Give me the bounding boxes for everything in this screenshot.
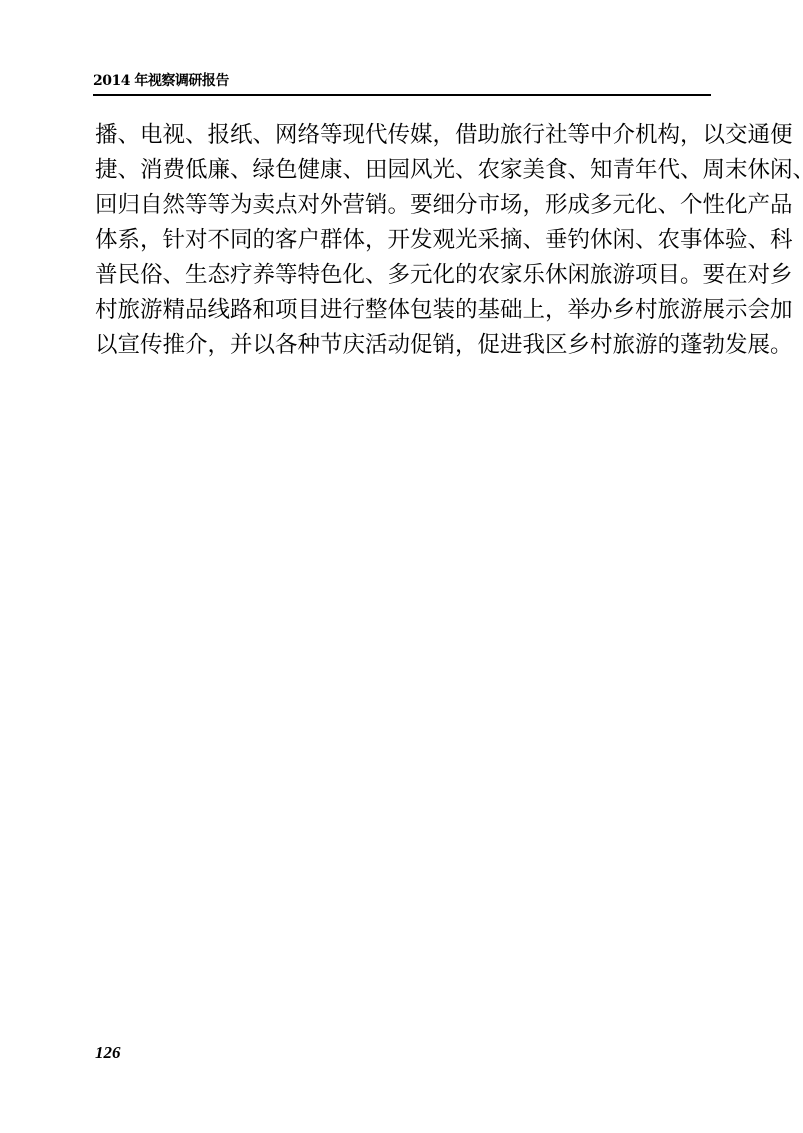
page-number: 126 — [95, 1043, 121, 1063]
running-header: 2014 年视察调研报告 — [93, 68, 711, 96]
text-line-5: 普民俗、生态疗养等特色化、多元化的农家乐休闲旅游项目。要在对乡 — [95, 258, 709, 293]
text-line-6: 村旅游精品线路和项目进行整体包装的基础上，举办乡村旅游展示会加 — [95, 293, 709, 328]
text-line-3: 回归自然等等为卖点对外营销。要细分市场，形成多元化、个性化产品 — [95, 188, 709, 223]
text-line-2: 捷、消费低廉、绿色健康、田园风光、农家美食、知青年代、周末休闲、 — [95, 153, 709, 188]
body-paragraph: 播、电视、报纸、网络等现代传媒，借助旅行社等中介机构，以交通便 捷、消费低廉、绿… — [95, 118, 709, 363]
text-line-7: 以宣传推介，并以各种节庆活动促销，促进我区乡村旅游的蓬勃发展。 — [95, 328, 709, 363]
text-line-4: 体系，针对不同的客户群体，开发观光采摘、垂钓休闲、农事体验、科 — [95, 223, 709, 258]
text-line-1: 播、电视、报纸、网络等现代传媒，借助旅行社等中介机构，以交通便 — [95, 118, 709, 153]
header-title: 2014 年视察调研报告 — [93, 70, 229, 90]
